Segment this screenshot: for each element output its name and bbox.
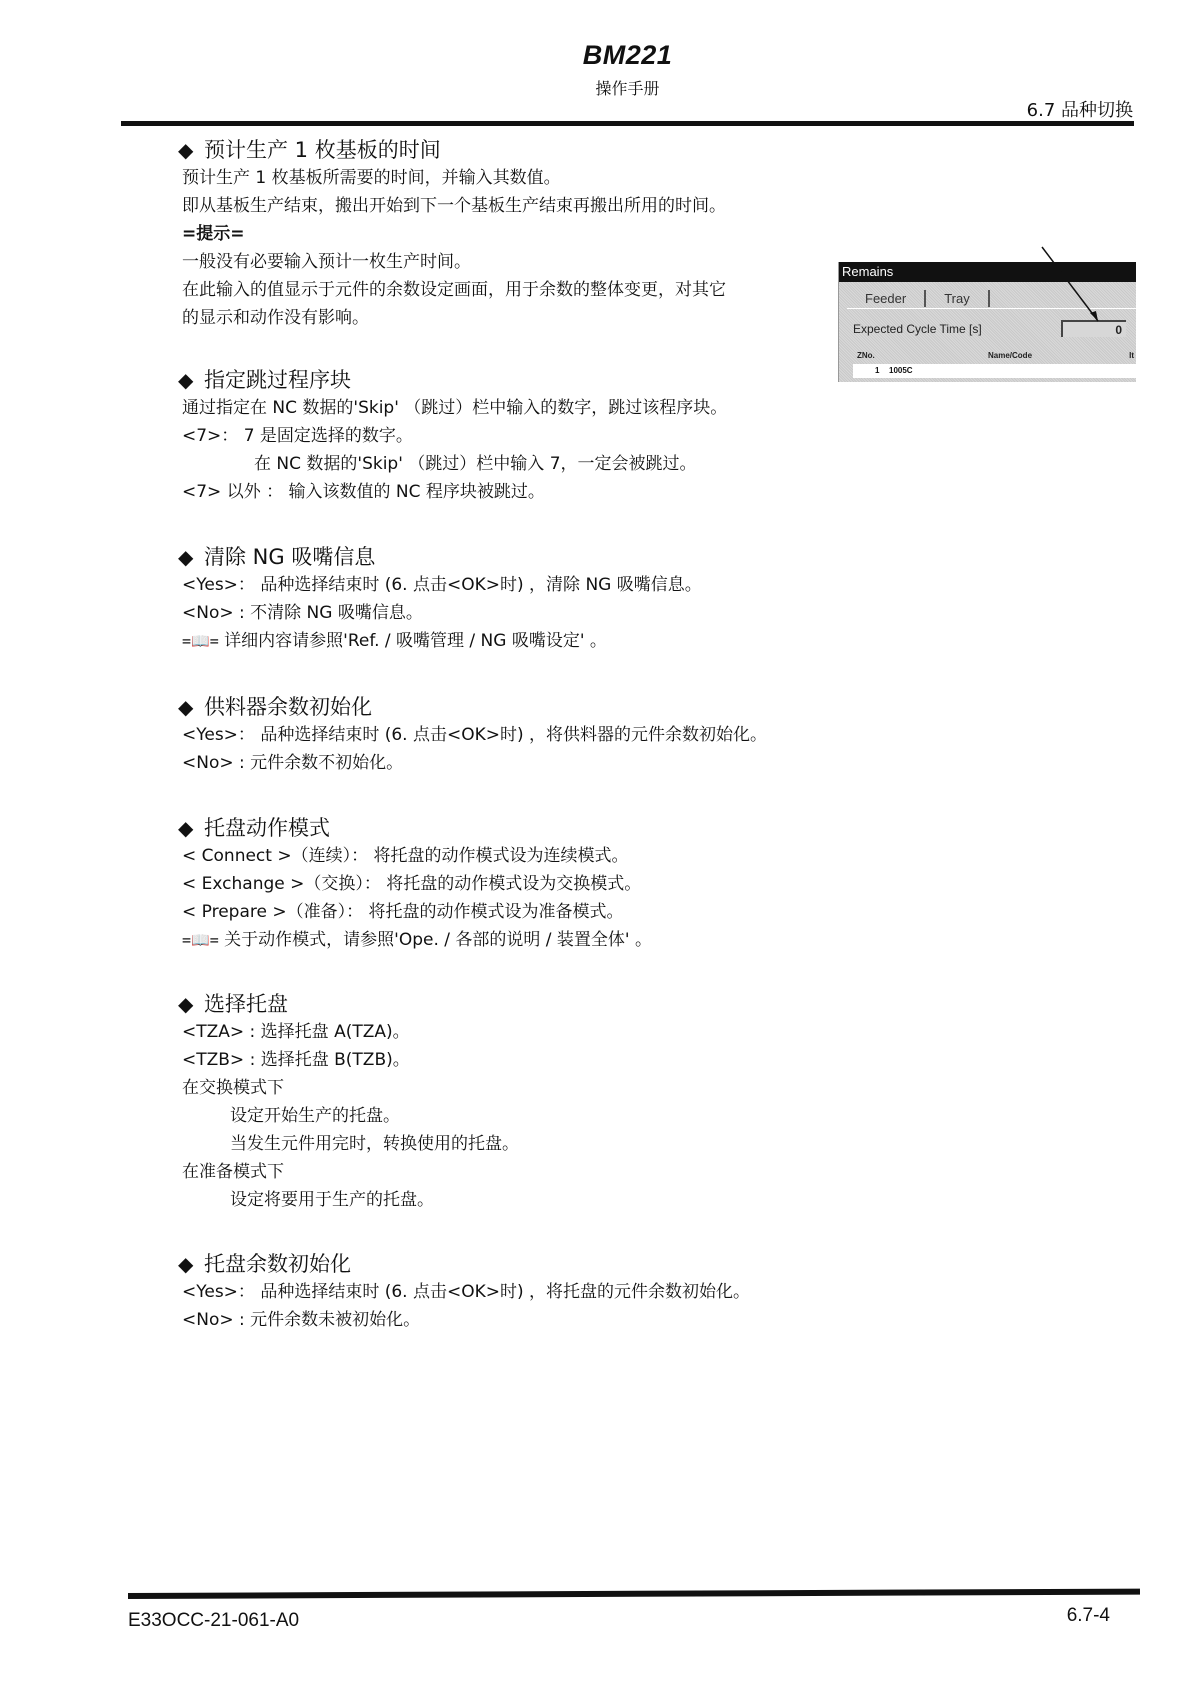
section-heading: 指定跳过程序块: [204, 368, 351, 392]
paragraph-line: <TZA> : 选择托盘 A(TZA)。: [178, 1018, 519, 1046]
hint-label: =提示=: [178, 220, 726, 248]
table-row[interactable]: 1 1005C: [853, 364, 1136, 378]
paragraph-line: 的显示和动作没有影响。: [178, 304, 726, 332]
diamond-bullet-icon: ◆: [178, 366, 204, 394]
tab-tray[interactable]: Tray: [926, 290, 990, 307]
paragraph-line: <TZB> : 选择托盘 B(TZB)。: [178, 1046, 519, 1074]
diamond-bullet-icon: ◆: [178, 1250, 204, 1278]
section-clear-ng-nozzle: ◆清除 NG 吸嘴信息 <Yes>： 品种选择结束时 (6. 点击<OK>时) …: [178, 543, 702, 655]
document-code: E33OCC-21-061-A0: [128, 1610, 299, 1632]
section-heading: 供料器余数初始化: [204, 695, 372, 719]
section-reference: 6.7 品种切换: [1027, 96, 1133, 122]
paragraph-line: <Yes>： 品种选择结束时 (6. 点击<OK>时) ，清除 NG 吸嘴信息。: [178, 571, 702, 599]
remains-table-header: ZNo. Name/Code It: [853, 349, 1136, 363]
document-title: BM221: [0, 40, 1190, 71]
column-header: ZNo.: [857, 351, 875, 360]
paragraph-line: <7>： 7 是固定选择的数字。: [178, 422, 727, 450]
paragraph-line: 设定将要用于生产的托盘。: [178, 1186, 519, 1214]
paragraph-line: 在准备模式下: [178, 1158, 519, 1186]
paragraph-line: 在 NC 数据的'Skip' （跳过）栏中输入 7，一定会被跳过。: [178, 450, 727, 478]
tab-feeder[interactable]: Feeder: [847, 290, 926, 307]
row-zno: 1: [875, 366, 879, 375]
diamond-bullet-icon: ◆: [178, 990, 204, 1018]
paragraph-line: <No> : 不清除 NG 吸嘴信息。: [178, 599, 702, 627]
manual-reference-icon: =📖=: [182, 627, 219, 655]
diamond-bullet-icon: ◆: [178, 136, 204, 164]
column-header: It: [1129, 351, 1134, 360]
paragraph-line: 一般没有必要输入预计一枚生产时间。: [178, 248, 726, 276]
paragraph-line: 设定开始生产的托盘。: [178, 1102, 519, 1130]
row-code: 1005C: [889, 366, 913, 375]
paragraph-line: < Exchange >（交换）： 将托盘的动作模式设为交换模式。: [178, 870, 652, 898]
manual-reference-icon: =📖=: [182, 926, 219, 954]
paragraph-line: < Connect >（连续）： 将托盘的动作模式设为连续模式。: [178, 842, 652, 870]
section-heading: 预计生产 1 枚基板的时间: [204, 138, 441, 162]
paragraph-line: 即从基板生产结束，搬出开始到下一个基板生产结束再搬出所用的时间。: [178, 192, 726, 220]
reference-text: 关于动作模式，请参照'Ope. / 各部的说明 / 装置全体' 。: [224, 930, 652, 950]
paragraph-line: <Yes>： 品种选择结束时 (6. 点击<OK>时) ，将托盘的元件余数初始化…: [178, 1278, 750, 1306]
bottom-rule: [128, 1589, 1140, 1599]
section-heading: 托盘余数初始化: [204, 1252, 351, 1276]
section-tray-operation-mode: ◆托盘动作模式 < Connect >（连续）： 将托盘的动作模式设为连续模式。…: [178, 814, 652, 954]
diamond-bullet-icon: ◆: [178, 814, 204, 842]
section-expected-cycle-time: ◆预计生产 1 枚基板的时间 预计生产 1 枚基板所需要的时间，并输入其数值。 …: [178, 136, 726, 332]
paragraph-line: 通过指定在 NC 数据的'Skip' （跳过）栏中输入的数字，跳过该程序块。: [178, 394, 727, 422]
column-header: Name/Code: [988, 351, 1032, 360]
section-tray-remains-init: ◆托盘余数初始化 <Yes>： 品种选择结束时 (6. 点击<OK>时) ，将托…: [178, 1250, 750, 1334]
diamond-bullet-icon: ◆: [178, 543, 204, 571]
remains-tabs: Feeder Tray: [847, 290, 990, 307]
section-heading: 清除 NG 吸嘴信息: [204, 545, 375, 569]
paragraph-line: < Prepare >（准备）： 将托盘的动作模式设为准备模式。: [178, 898, 652, 926]
paragraph-line: 在此输入的值显示于元件的余数设定画面，用于余数的整体变更，对其它: [178, 276, 726, 304]
document-subtitle: 操作手册: [0, 76, 1190, 99]
paragraph-line: <No> : 元件余数不初始化。: [178, 749, 767, 777]
paragraph-line: <No> : 元件余数未被初始化。: [178, 1306, 750, 1334]
paragraph-line: <Yes>： 品种选择结束时 (6. 点击<OK>时) ，将供料器的元件余数初始…: [178, 721, 767, 749]
page-number: 6.7-4: [1067, 1605, 1110, 1627]
top-rule: [121, 121, 1134, 126]
paragraph-line: 在交换模式下: [178, 1074, 519, 1102]
callout-arrow-icon: [1040, 245, 1110, 325]
expected-cycle-time-label: Expected Cycle Time [s]: [853, 322, 982, 336]
section-skip-block: ◆指定跳过程序块 通过指定在 NC 数据的'Skip' （跳过）栏中输入的数字，…: [178, 366, 727, 506]
diamond-bullet-icon: ◆: [178, 693, 204, 721]
section-heading: 选择托盘: [204, 992, 288, 1016]
section-heading: 托盘动作模式: [204, 816, 330, 840]
paragraph-line: <7> 以外 ： 输入该数值的 NC 程序块被跳过。: [178, 478, 727, 506]
paragraph-line: 当发生元件用完时，转换使用的托盘。: [178, 1130, 519, 1158]
reference-text: 详细内容请参照'Ref. / 吸嘴管理 / NG 吸嘴设定' 。: [224, 631, 607, 651]
section-feeder-remains-init: ◆供料器余数初始化 <Yes>： 品种选择结束时 (6. 点击<OK>时) ，将…: [178, 693, 767, 777]
section-select-tray: ◆选择托盘 <TZA> : 选择托盘 A(TZA)。 <TZB> : 选择托盘 …: [178, 990, 519, 1214]
paragraph-line: 预计生产 1 枚基板所需要的时间，并输入其数值。: [178, 164, 726, 192]
